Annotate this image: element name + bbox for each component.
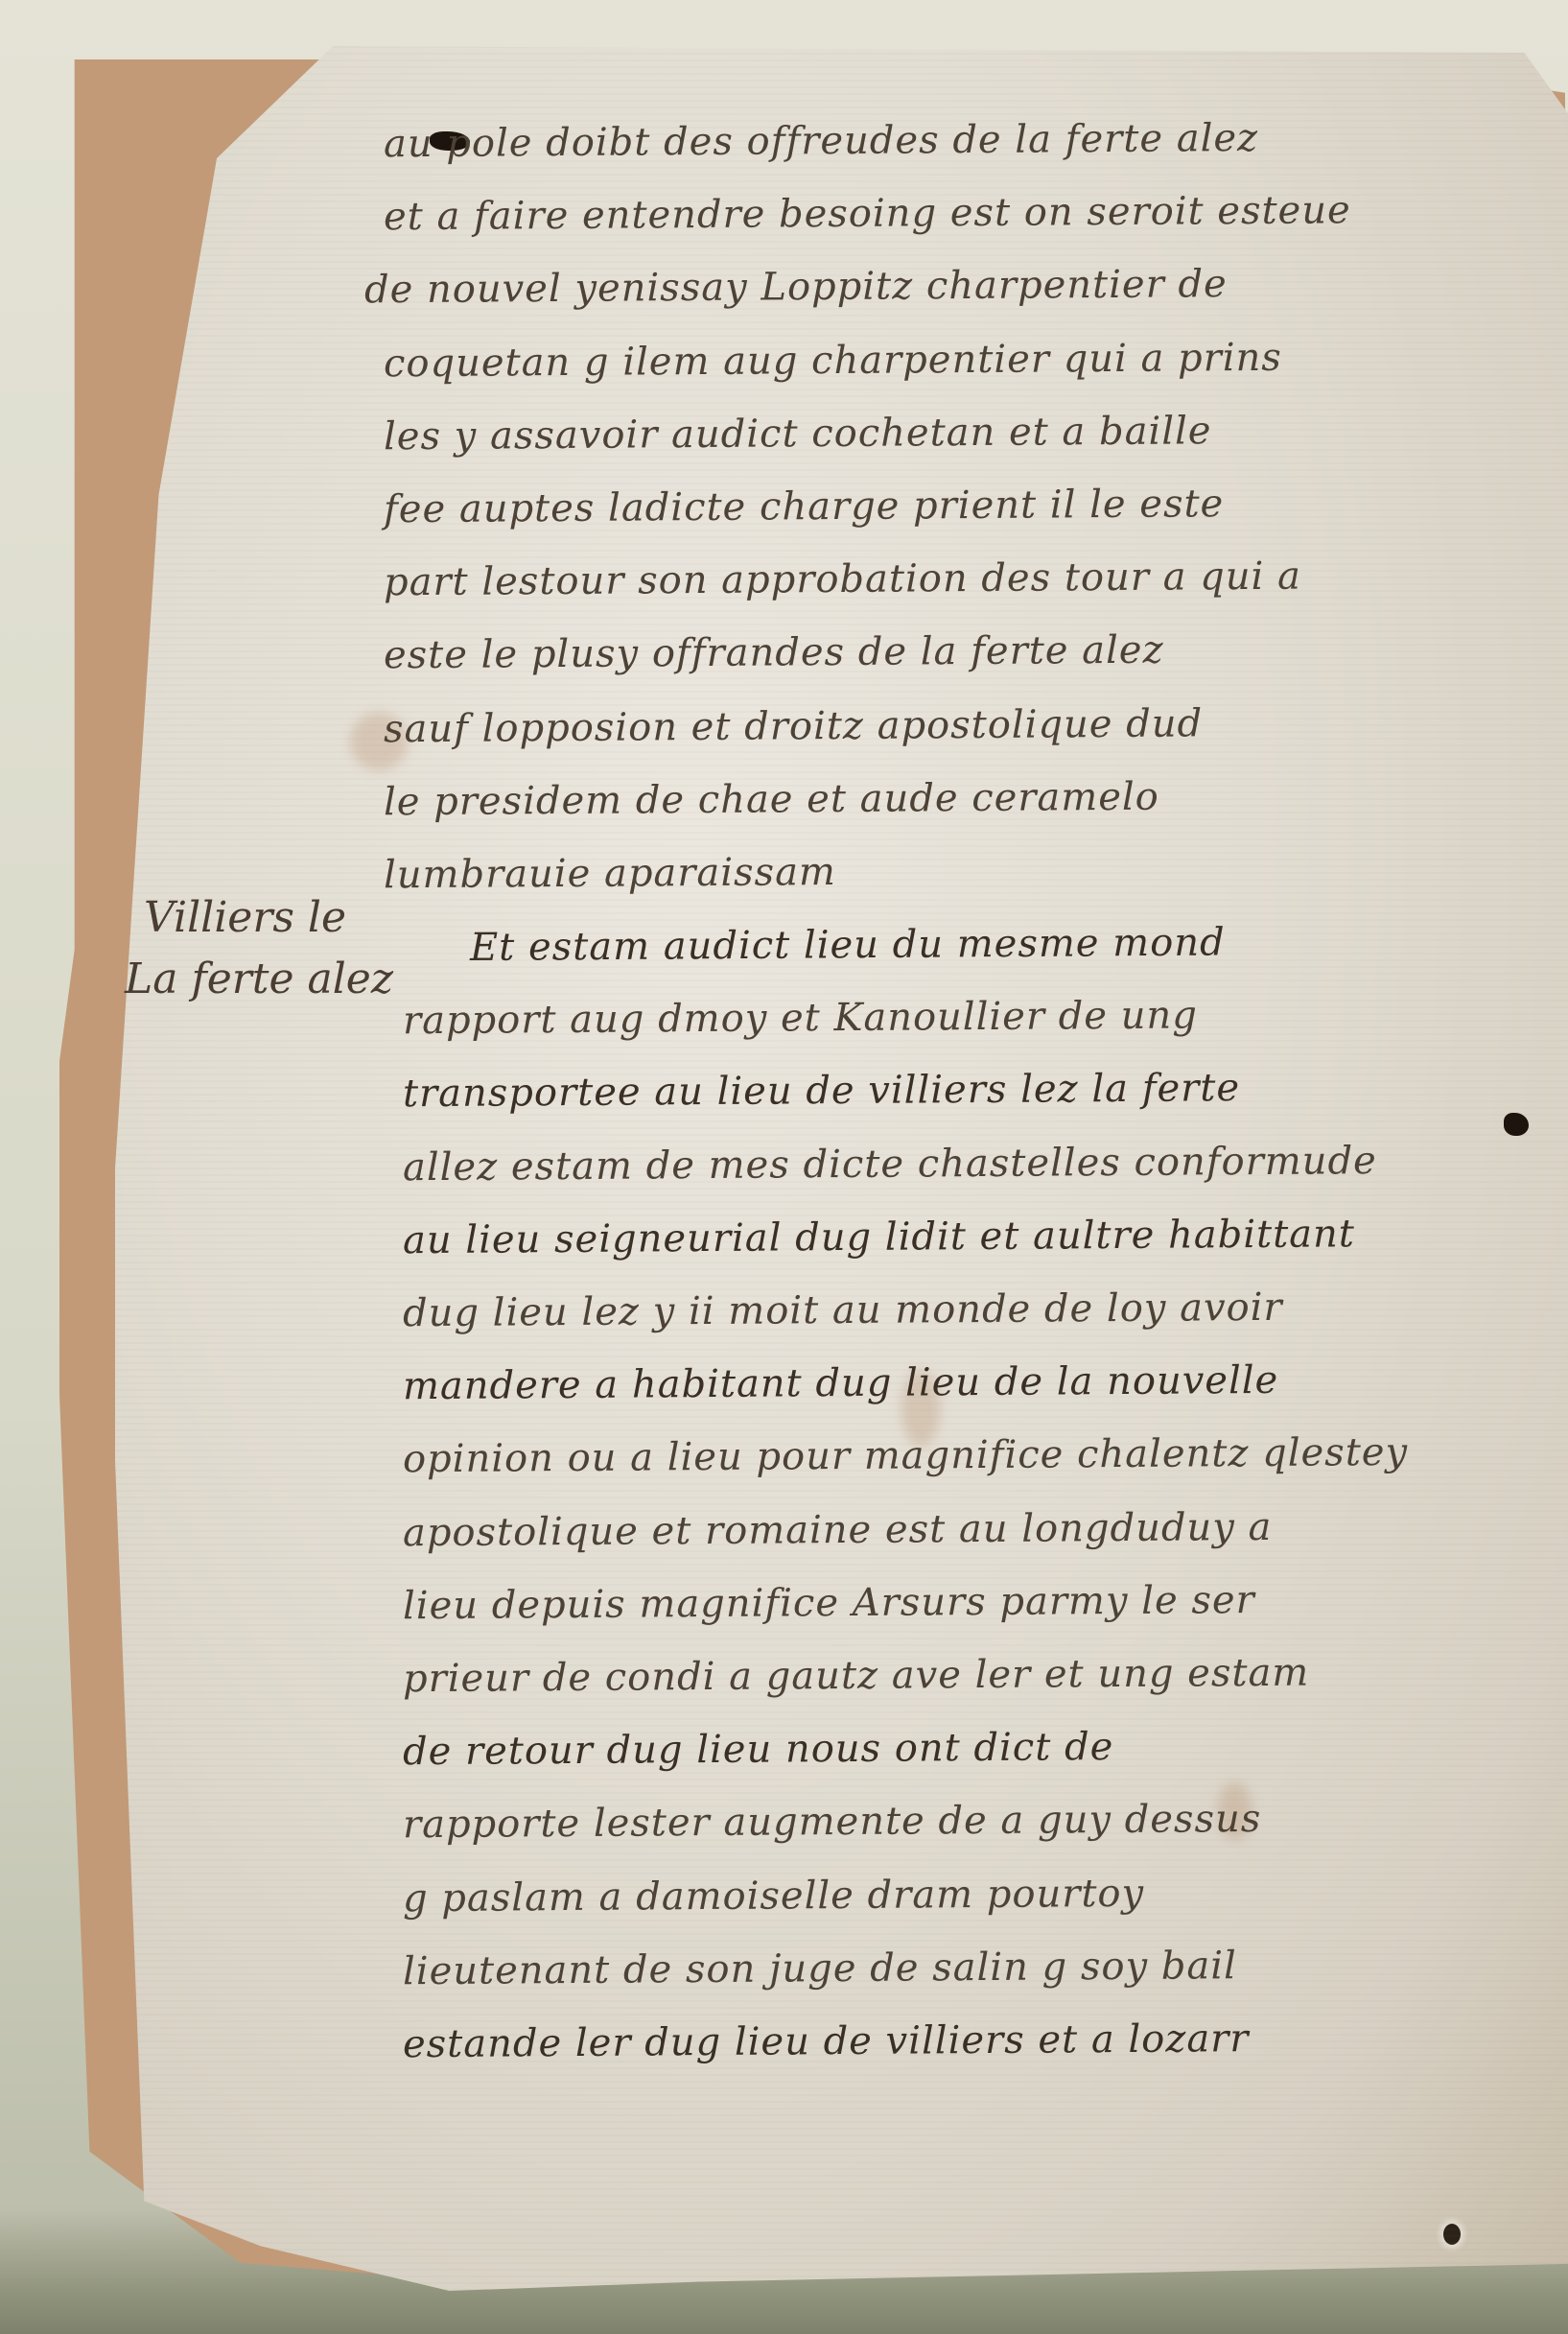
text-line: mandere a habitant dug lieu de la nouvel…: [403, 1342, 1564, 1424]
text-line: fee auptes ladicte charge prient il le e…: [384, 465, 1564, 547]
text-line: part lestour son approbation des tour a …: [384, 538, 1564, 620]
text-line: de retour dug lieu nous ont dict de: [403, 1708, 1564, 1789]
text-line: lumbrauie aparaissam: [384, 831, 1564, 912]
text-line: opinion ou a lieu pour magnifice chalent…: [403, 1415, 1564, 1497]
text-line: rapport aug dmoy et Kanoullier de ung: [403, 977, 1564, 1058]
text-line: este le plusy offrandes de la ferte alez: [384, 611, 1564, 693]
text-line: le presidem de chae et aude ceramelo: [384, 757, 1564, 838]
text-line: apostolique et romaine est au longduduy …: [403, 1488, 1564, 1569]
text-line: coquetan g ilem aug charpentier qui a pr…: [384, 318, 1564, 400]
text-line: dug lieu lez y ii moit au monde de loy a…: [403, 1269, 1564, 1351]
text-line: lieu depuis magnifice Arsurs parmy le se…: [403, 1562, 1564, 1643]
text-line: g paslam a damoiselle dram pourtoy: [403, 1853, 1564, 1935]
text-line: rapporte lester augmente de a guy dessus: [403, 1780, 1564, 1862]
wormhole: [1443, 2224, 1461, 2245]
text-line: sauf lopposion et droitz apostolique dud: [384, 684, 1564, 766]
text-line: lieutenant de son juge de salin g soy ba…: [403, 1926, 1564, 2008]
text-line: les y assavoir audict cochetan et a bail…: [384, 391, 1564, 473]
manuscript-text: au pole doibt des offreudes de la ferte …: [384, 104, 1563, 2077]
text-line: au pole doibt des offreudes de la ferte …: [384, 100, 1564, 181]
text-line: et a faire entendre besoing est on seroi…: [384, 173, 1564, 254]
text-line: allez estam de mes dicte chastelles conf…: [403, 1122, 1564, 1204]
text-line: estande ler dug lieu de villiers et a lo…: [403, 2000, 1564, 2082]
text-line: de nouvel yenissay Loppitz charpentier d…: [364, 246, 1564, 327]
text-line: Et estam audict lieu du mesme mond: [470, 904, 1564, 984]
text-line: au lieu seigneurial dug lidit et aultre …: [403, 1196, 1564, 1278]
text-line: transportee au lieu de villiers lez la f…: [403, 1049, 1564, 1131]
text-line: prieur de condi a gautz ave ler et ung e…: [403, 1635, 1564, 1716]
